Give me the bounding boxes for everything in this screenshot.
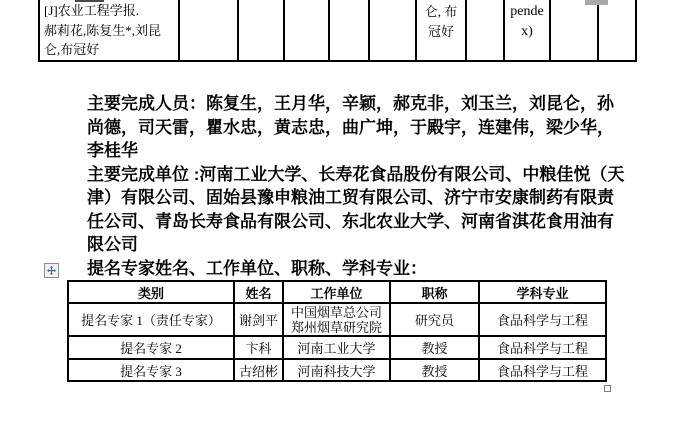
header-name: 姓名 bbox=[234, 281, 283, 303]
expert-unit-cell: 河南工业大学 bbox=[283, 336, 390, 359]
expert-major-cell: 食品科学与工程 bbox=[479, 336, 606, 359]
table-row: 提名专家 1（责任专家） 谢剑平 中国烟草总公司 郑州烟草研究院 研究员 食品科… bbox=[68, 303, 606, 336]
table-row: 提名专家 3 古绍彬 河南科技大学 教授 食品科学与工程 bbox=[68, 359, 606, 381]
empty-cell bbox=[599, 0, 637, 60]
pendex-cell-line: pende bbox=[505, 2, 549, 22]
journal-reference-cell: [J]农业工程学报. 郝莉花,陈复生*,刘昆 仑,布冠好 bbox=[40, 0, 180, 60]
expert-title-cell: 教授 bbox=[390, 359, 479, 381]
pendex-cell: pende x) bbox=[505, 0, 551, 60]
empty-cell bbox=[330, 0, 370, 60]
header-title: 职称 bbox=[390, 281, 479, 303]
authors-cell-line: 冠好 bbox=[417, 22, 465, 42]
table-border-fragment bbox=[75, 0, 104, 2]
authors-cell-line: 仑, 布 bbox=[417, 2, 465, 22]
main-contributors-line: 尚德，司天雷，瞿水忠，黄志忠，曲广坤，于殿宇，连建伟，梁少华， bbox=[87, 116, 624, 140]
expert-title-cell: 教授 bbox=[390, 336, 479, 359]
expert-name-cell: 卞科 bbox=[234, 336, 283, 359]
expert-major-cell: 食品科学与工程 bbox=[479, 359, 606, 381]
empty-cell bbox=[467, 0, 505, 60]
expert-name-cell: 谢剑平 bbox=[234, 303, 283, 336]
expert-unit-line: 中国烟草总公司 bbox=[286, 305, 387, 320]
header-unit: 工作单位 bbox=[283, 281, 390, 303]
main-units-line: 限公司 bbox=[87, 233, 624, 257]
expert-title-cell: 研究员 bbox=[390, 303, 479, 336]
empty-cell bbox=[285, 0, 330, 60]
header-major: 学科专业 bbox=[479, 281, 606, 303]
pendex-cell-line: x) bbox=[505, 22, 549, 42]
expert-category-cell: 提名专家 1（责任专家） bbox=[68, 303, 234, 336]
header-category: 类别 bbox=[68, 281, 234, 303]
empty-cell bbox=[370, 0, 417, 60]
main-units-line: 津）有限公司、固始县豫申粮油工贸有限公司、济宁市安康制药有限责 bbox=[87, 186, 624, 210]
move-arrows-icon bbox=[47, 262, 56, 280]
column-grip-fragment bbox=[585, 0, 608, 5]
expert-category-cell: 提名专家 3 bbox=[68, 359, 234, 381]
main-contributors-line: 主要完成人员：陈复生，王月华，辛颖，郝克非，刘玉兰，刘昆仑，孙 bbox=[87, 92, 624, 116]
main-units-line: 任公司、青岛长寿食品有限公司、东北农业大学、河南省淇花食用油有 bbox=[87, 210, 624, 234]
table-resize-handle[interactable] bbox=[604, 385, 611, 392]
empty-cell bbox=[239, 0, 285, 60]
publications-table-cropped: [J]农业工程学报. 郝莉花,陈复生*,刘昆 仑,布冠好 仑, 布 冠好 pen… bbox=[38, 0, 637, 62]
journal-reference-line: 仑,布冠好 bbox=[44, 40, 176, 60]
table-move-handle[interactable] bbox=[44, 263, 59, 278]
journal-reference-line: 郝莉花,陈复生*,刘昆 bbox=[44, 21, 176, 41]
expert-unit-line: 郑州烟草研究院 bbox=[286, 320, 387, 335]
expert-major-cell: 食品科学与工程 bbox=[479, 303, 606, 336]
experts-table-header-row: 类别 姓名 工作单位 职称 学科专业 bbox=[68, 281, 606, 303]
experts-table: 类别 姓名 工作单位 职称 学科专业 提名专家 1（责任专家） 谢剑平 中国烟草… bbox=[67, 280, 607, 382]
expert-name-cell: 古绍彬 bbox=[234, 359, 283, 381]
expert-category-cell: 提名专家 2 bbox=[68, 336, 234, 359]
document-text-block: 主要完成人员：陈复生，王月华，辛颖，郝克非，刘玉兰，刘昆仑，孙 尚德，司天雷，瞿… bbox=[87, 92, 624, 280]
journal-reference-line: [J]农业工程学报. bbox=[44, 1, 176, 21]
authors-cell: 仑, 布 冠好 bbox=[417, 0, 467, 60]
expert-unit-cell: 河南科技大学 bbox=[283, 359, 390, 381]
experts-section-heading: 提名专家姓名、工作单位、职称、学科专业： bbox=[87, 257, 624, 281]
empty-cell bbox=[551, 0, 599, 60]
empty-cell bbox=[180, 0, 239, 60]
main-units-line: 主要完成单位 :河南工业大学、长寿花食品股份有限公司、中粮佳悦（天 bbox=[87, 163, 624, 187]
main-contributors-line: 李桂华 bbox=[87, 139, 624, 163]
table-row: 提名专家 2 卞科 河南工业大学 教授 食品科学与工程 bbox=[68, 336, 606, 359]
expert-unit-cell: 中国烟草总公司 郑州烟草研究院 bbox=[283, 303, 390, 336]
